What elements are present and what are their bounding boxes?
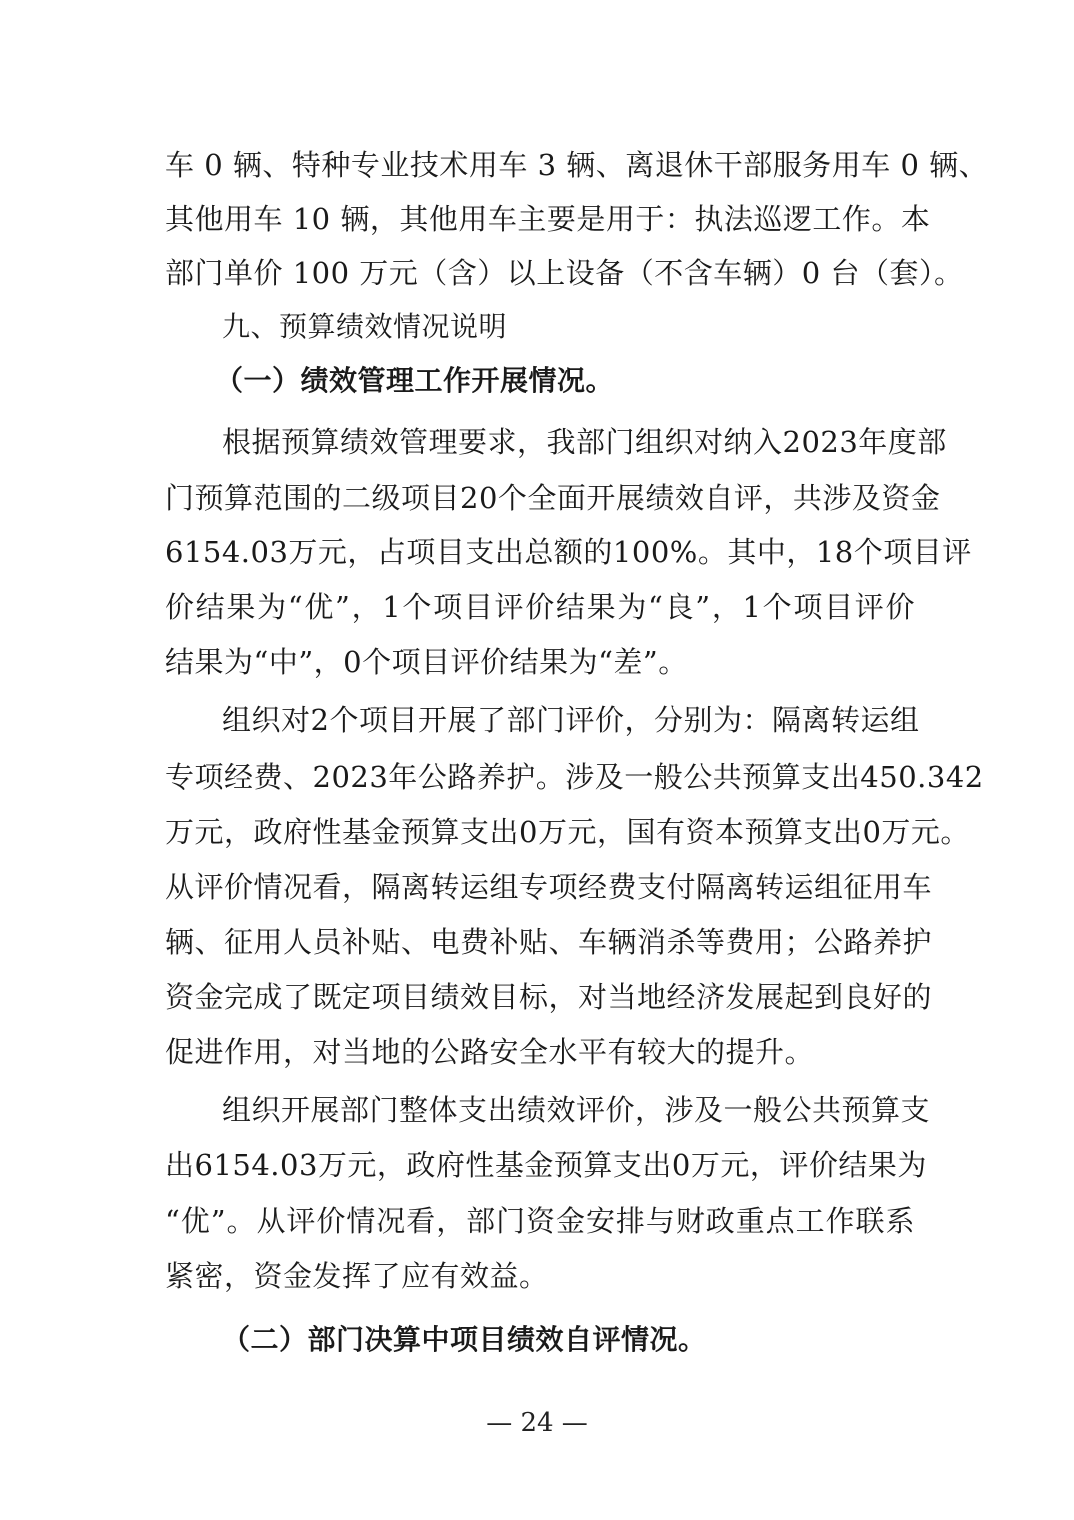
paragraph-2-line-5: 辆、征用人员补贴、电费补贴、车辆消杀等费用；公路养护 bbox=[165, 922, 915, 962]
paragraph-1-line-5: 结果为“中”，0个项目评价结果为“差”。 bbox=[165, 642, 915, 682]
paragraph-2-line-3: 万元，政府性基金预算支出0万元，国有资本预算支出0万元。 bbox=[165, 812, 915, 852]
intro-line-3: 部门单价 100 万元（含）以上设备（不含车辆）0 台（套）。 bbox=[165, 253, 915, 293]
paragraph-3-line-4: 紧密，资金发挥了应有效益。 bbox=[165, 1256, 915, 1296]
subsection-2-heading: （二）部门决算中项目绩效自评情况。 bbox=[222, 1320, 972, 1360]
intro-line-2: 其他用车 10 辆，其他用车主要是用于：执法巡逻工作。本 bbox=[165, 199, 915, 239]
paragraph-2-line-6: 资金完成了既定项目绩效目标，对当地经济发展起到良好的 bbox=[165, 977, 915, 1017]
paragraph-3-line-2: 出6154.03万元，政府性基金预算支出0万元，评价结果为 bbox=[165, 1145, 915, 1185]
section-heading: 九、预算绩效情况说明 bbox=[222, 307, 915, 347]
paragraph-2-line-2: 专项经费、2023年公路养护。涉及一般公共预算支出450.342 bbox=[165, 757, 915, 797]
page-number: — 24 — bbox=[0, 1408, 1074, 1438]
paragraph-1-line-4: 价结果为“优”，1个项目评价结果为“良”，1个项目评价 bbox=[165, 587, 915, 627]
subsection-1-heading: （一）绩效管理工作开展情况。 bbox=[215, 361, 965, 401]
intro-line-1: 车 0 辆、特种专业技术用车 3 辆、离退休干部服务用车 0 辆、 bbox=[165, 145, 915, 185]
paragraph-2-line-7: 促进作用，对当地的公路安全水平有较大的提升。 bbox=[165, 1032, 915, 1072]
paragraph-1-line-1: 根据预算绩效管理要求，我部门组织对纳入2023年度部 bbox=[222, 422, 915, 462]
paragraph-1-line-3: 6154.03万元，占项目支出总额的100%。其中，18个项目评 bbox=[165, 532, 915, 572]
document-page: 车 0 辆、特种专业技术用车 3 辆、离退休干部服务用车 0 辆、 其他用车 1… bbox=[0, 0, 1074, 1520]
paragraph-3-line-1: 组织开展部门整体支出绩效评价，涉及一般公共预算支 bbox=[222, 1090, 915, 1130]
paragraph-2-line-4: 从评价情况看，隔离转运组专项经费支付隔离转运组征用车 bbox=[165, 867, 915, 907]
paragraph-2-line-1: 组织对2个项目开展了部门评价，分别为：隔离转运组 bbox=[222, 700, 915, 740]
paragraph-1-line-2: 门预算范围的二级项目20个全面开展绩效自评，共涉及资金 bbox=[165, 478, 915, 518]
paragraph-3-line-3: “优”。从评价情况看，部门资金安排与财政重点工作联系 bbox=[165, 1201, 915, 1241]
